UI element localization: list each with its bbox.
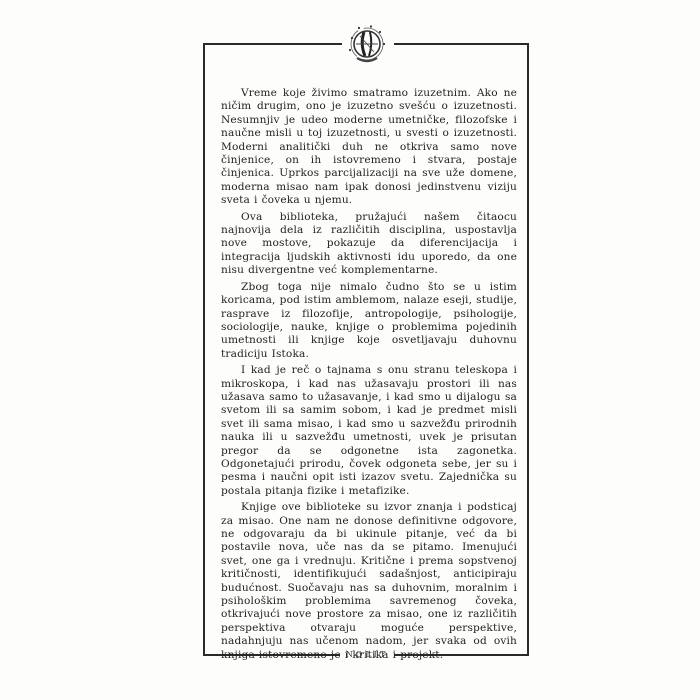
series-description: Vreme koje živimo smatramo izuzetnim. Ak… — [221, 87, 517, 665]
publisher-emblem-icon — [347, 24, 387, 66]
paragraph-2: Ova biblioteka, pružajući našem čitaocu … — [221, 211, 517, 278]
paragraph-4: I kad je reč o tajnama s onu stranu tele… — [221, 364, 517, 498]
paragraph-1: Vreme koje živimo smatramo izuzetnim. Ak… — [221, 87, 517, 208]
book-back-cover: Vreme koje živimo smatramo izuzetnim. Ak… — [0, 0, 700, 700]
paragraph-5: Knjige ove biblioteke su izvor znanja i … — [221, 501, 517, 662]
publisher-name: NOLIT — [338, 649, 396, 661]
paragraph-3: Zbog toga nije nimalo čudno što se u ist… — [221, 281, 517, 361]
